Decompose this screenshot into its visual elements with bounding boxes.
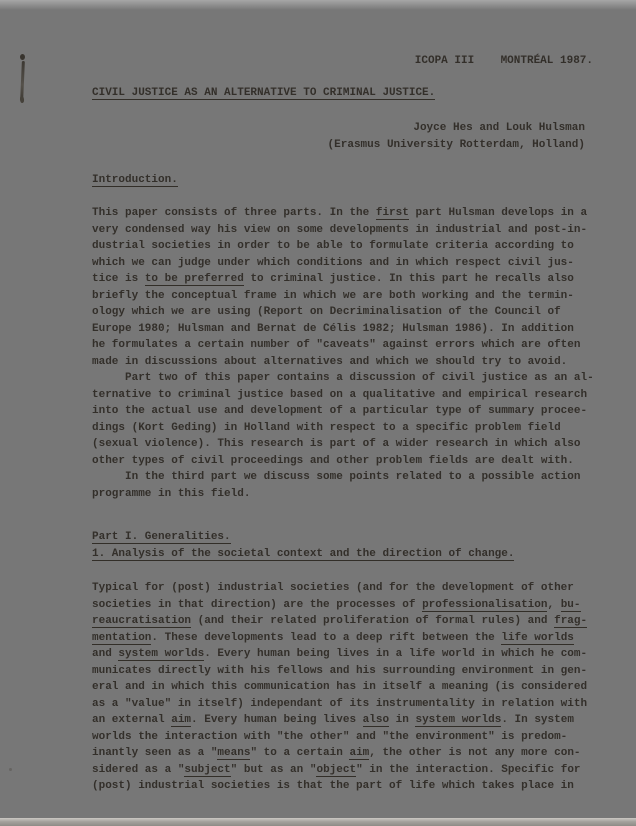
text-line: dings (Kort Geding) in Holland with resp… bbox=[92, 420, 594, 437]
text-line: Typical for (post) industrial societies … bbox=[92, 580, 587, 597]
introduction-paragraphs: This paper consists of three parts. In t… bbox=[92, 205, 594, 502]
text-line: he formulates a certain number of "cavea… bbox=[92, 337, 594, 354]
text-line: (sexual violence). This research is part… bbox=[92, 436, 594, 453]
author-names: Joyce Hes and Louk Hulsman bbox=[328, 120, 585, 137]
ink-mark-dot bbox=[20, 54, 25, 60]
section-heading-introduction: Introduction. bbox=[92, 172, 178, 189]
text-line: Part I. Generalities. bbox=[92, 529, 514, 546]
text-line: into the actual use and development of a… bbox=[92, 403, 594, 420]
scan-bottom-edge bbox=[0, 818, 636, 826]
text-line: other types of civil proceedings and oth… bbox=[92, 453, 594, 470]
text-line: (post) industrial societies is that the … bbox=[92, 778, 587, 795]
section-heading-part1: Part I. Generalities.1. Analysis of the … bbox=[92, 529, 514, 562]
text-line: which we can judge under which condition… bbox=[92, 255, 594, 272]
text-line: In the third part we discuss some points… bbox=[92, 469, 594, 486]
text-line: This paper consists of three parts. In t… bbox=[92, 205, 594, 222]
paper-title: CIVIL JUSTICE AS AN ALTERNATIVE TO CRIMI… bbox=[92, 85, 435, 102]
text-line: Europe 1980; Hulsman and Bernat de Célis… bbox=[92, 321, 594, 338]
text-line: briefly the conceptual frame in which we… bbox=[92, 288, 594, 305]
text-line: dustrial societies in order to be able t… bbox=[92, 238, 594, 255]
text-line: 1. Analysis of the societal context and … bbox=[92, 546, 514, 563]
text-line: tice is to be preferred to criminal just… bbox=[92, 271, 594, 288]
affiliation: (Erasmus University Rotterdam, Holland) bbox=[328, 137, 585, 154]
byline: Joyce Hes and Louk Hulsman (Erasmus Univ… bbox=[328, 120, 585, 154]
text-line: reaucratisation (and their related proli… bbox=[92, 613, 587, 630]
scan-speck bbox=[9, 768, 12, 771]
text-line: as a "value" in itself) independant of i… bbox=[92, 696, 587, 713]
paper-title-text: CIVIL JUSTICE AS AN ALTERNATIVE TO CRIMI… bbox=[92, 87, 435, 100]
text-line: an external aim. Every human being lives… bbox=[92, 712, 587, 729]
conference-header: ICOPA III MONTRÉAL 1987. bbox=[415, 53, 593, 70]
text-line: Part two of this paper contains a discus… bbox=[92, 370, 594, 387]
ink-mark-blob bbox=[20, 96, 25, 103]
text-line: municates directly with his fellows and … bbox=[92, 663, 587, 680]
text-line: mentation. These developments lead to a … bbox=[92, 630, 587, 647]
part1-paragraph: Typical for (post) industrial societies … bbox=[92, 580, 587, 795]
text-line: sidered as a "subject" but as an "object… bbox=[92, 762, 587, 779]
scanned-paper-page: ICOPA III MONTRÉAL 1987. CIVIL JUSTICE A… bbox=[0, 0, 636, 826]
text-line: and system worlds. Every human being liv… bbox=[92, 646, 587, 663]
text-line: societies in that direction) are the pro… bbox=[92, 597, 587, 614]
text-line: Introduction. bbox=[92, 172, 178, 189]
text-line: made in discussions about alternatives a… bbox=[92, 354, 594, 371]
text-line: ology which we are using (Report on Decr… bbox=[92, 304, 594, 321]
text-line: inantly seen as a "means" to a certain a… bbox=[92, 745, 587, 762]
text-line: worlds the interaction with "the other" … bbox=[92, 729, 587, 746]
text-line: very condensed way his view on some deve… bbox=[92, 222, 594, 239]
text-line: eral and in which this communication has… bbox=[92, 679, 587, 696]
text-line: ternative to criminal justice based on a… bbox=[92, 387, 594, 404]
text-line: programme in this field. bbox=[92, 486, 594, 503]
